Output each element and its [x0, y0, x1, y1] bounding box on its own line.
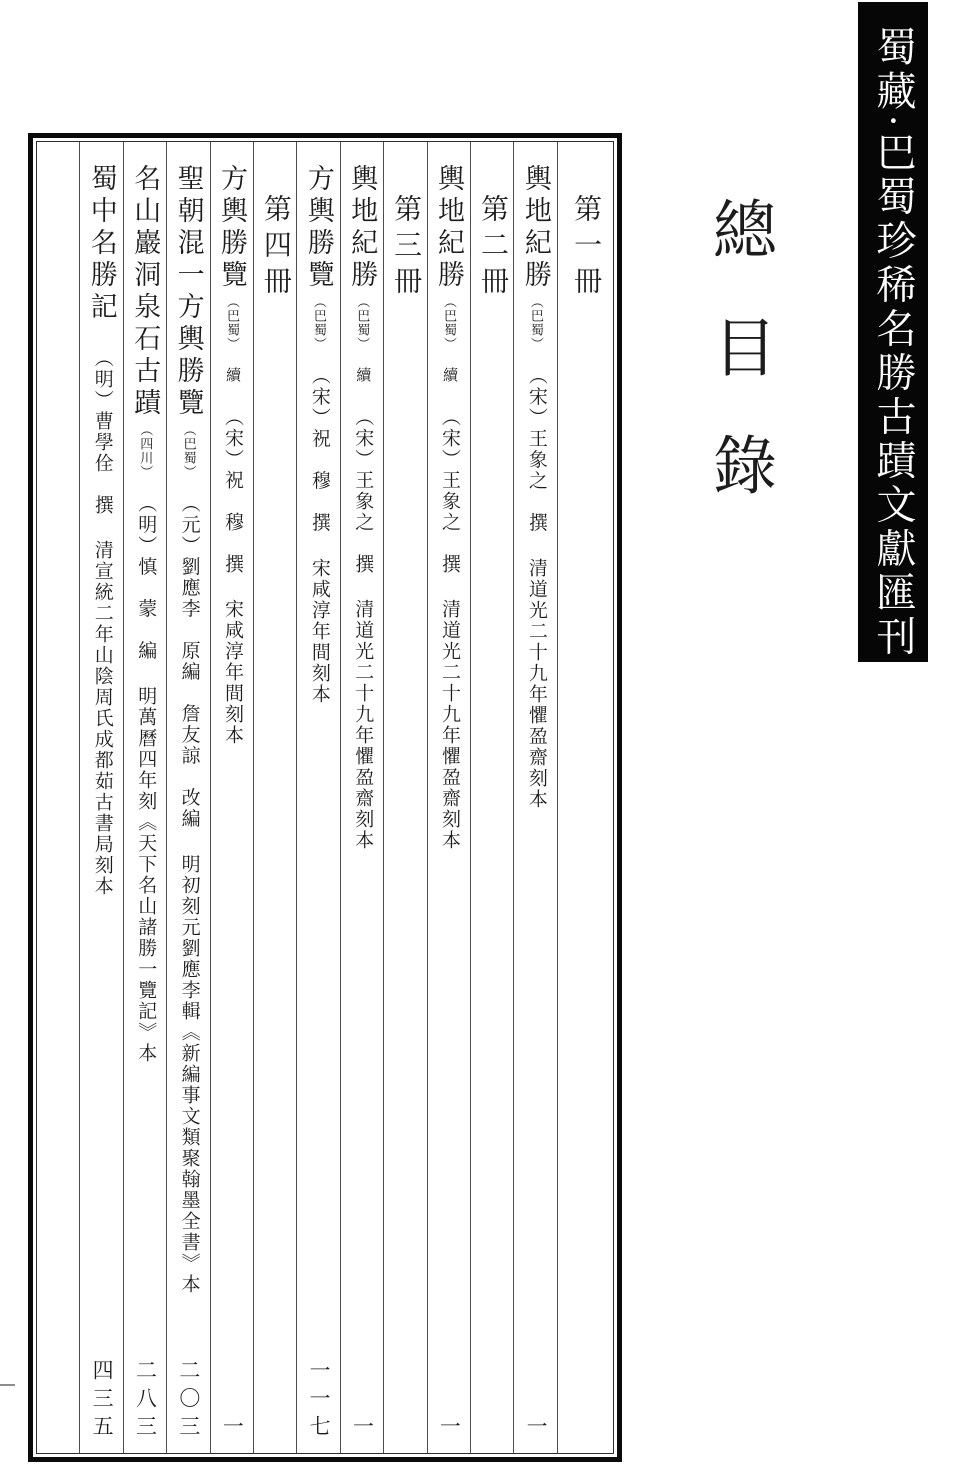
entry-region: （巴蜀）	[529, 295, 544, 351]
entry-text: 蜀中名勝記（明）曹學佺 撰清宣統二年山陰周氏成都茹古書局刻本	[87, 164, 115, 1453]
toc-empty-column	[37, 142, 79, 1453]
volume-label: 第一冊	[570, 194, 601, 302]
entry-page-number: 二〇三	[178, 1359, 199, 1443]
entry-author: （明）曹學佺 撰	[92, 348, 113, 516]
entry-page-number: 一	[438, 1415, 459, 1443]
entry-author: （宋）王象之 撰	[352, 407, 373, 575]
entry-region: （巴蜀）	[182, 423, 197, 479]
toc-columns: 第一冊 輿地紀勝（巴蜀）（宋）王象之 撰清道光二十九年懼盈齋刻本 一 第二冊 輿…	[36, 141, 614, 1454]
entry-page-number: 一	[221, 1415, 242, 1443]
entry-edition: 清道光二十九年懼盈齋刻本	[439, 599, 460, 851]
entry-edition: 宋咸淳年間刻本	[222, 599, 243, 746]
entry-edition: 清道光二十九年懼盈齋刻本	[526, 558, 547, 810]
entry-edition: 清宣統二年山陰周氏成都茹古書局刻本	[92, 540, 113, 897]
entry-region: （巴蜀）	[355, 295, 370, 351]
entry-region: （巴蜀）	[225, 295, 240, 351]
toc-entry: 蜀中名勝記（明）曹學佺 撰清宣統二年山陰周氏成都茹古書局刻本 四三五	[79, 142, 122, 1453]
entry-edition: 清道光二十九年懼盈齋刻本	[352, 599, 373, 851]
toc-entry: 名山巖洞泉石古蹟（四川）（明）慎 蒙 編明萬曆四年刻《天下名山諸勝一覽記》本 二…	[123, 142, 166, 1453]
toc-entry: 聖朝混一方輿勝覽（巴蜀）（元）劉應李 原編 詹友諒 改編明初刻元劉應李輯《新編事…	[166, 142, 209, 1453]
entry-title: 輿地紀勝	[434, 164, 464, 292]
toc-box: 第一冊 輿地紀勝（巴蜀）（宋）王象之 撰清道光二十九年懼盈齋刻本 一 第二冊 輿…	[28, 133, 622, 1462]
entry-edition: 明初刻元劉應李輯《新編事文類聚翰墨全書》本	[179, 854, 200, 1295]
toc-volume-header-4: 第四冊	[253, 142, 296, 1453]
entry-title: 方輿勝覽	[217, 164, 247, 292]
entry-author: （明）慎 蒙 編	[135, 503, 156, 662]
entry-author: （宋）祝 穆 撰	[309, 375, 330, 534]
entry-region: （巴蜀）	[442, 295, 457, 351]
entry-text: 輿地紀勝（巴蜀）續（宋）王象之 撰清道光二十九年懼盈齋刻本	[348, 164, 376, 1453]
entry-page-number: 二八三	[135, 1359, 156, 1443]
entry-page-number: 一一七	[308, 1359, 329, 1443]
entry-sequel: 續	[354, 367, 370, 383]
entry-text: 名山巖洞泉石古蹟（四川）（明）慎 蒙 編明萬曆四年刻《天下名山諸勝一覽記》本	[131, 164, 159, 1453]
entry-title: 名山巖洞泉石古蹟	[130, 164, 160, 420]
series-spine-banner: 蜀藏·巴蜀珍稀名勝古蹟文獻匯刊	[858, 2, 928, 662]
entry-sequel: 續	[224, 367, 240, 383]
toc-entry: 輿地紀勝（巴蜀）續（宋）王象之 撰清道光二十九年懼盈齋刻本 一	[427, 142, 470, 1453]
volume-label: 第三冊	[390, 194, 421, 302]
entry-title: 輿地紀勝	[347, 164, 377, 292]
toc-entry: 輿地紀勝（巴蜀）（宋）王象之 撰清道光二十九年懼盈齋刻本 一	[513, 142, 556, 1453]
toc-entry: 輿地紀勝（巴蜀）續（宋）王象之 撰清道光二十九年懼盈齋刻本 一	[340, 142, 383, 1453]
entry-edition: 宋咸淳年間刻本	[309, 558, 330, 705]
entry-author: （宋）王象之 撰	[526, 375, 547, 534]
toc-entry: 方輿勝覽（巴蜀）（宋）祝 穆 撰宋咸淳年間刻本 一一七	[296, 142, 339, 1453]
volume-label: 第二冊	[477, 194, 508, 302]
entry-title: 蜀中名勝記	[87, 164, 117, 324]
toc-volume-header-2: 第二冊	[470, 142, 513, 1453]
entry-region: （巴蜀）	[312, 295, 327, 351]
page-title: 總目錄	[700, 196, 778, 550]
entry-title: 輿地紀勝	[521, 164, 551, 292]
entry-edition: 明萬曆四年刻《天下名山諸勝一覽記》本	[135, 686, 156, 1064]
entry-sequel: 續	[441, 367, 457, 383]
page-edge-mark	[0, 1384, 15, 1386]
page-title-text: 總目錄	[707, 196, 771, 550]
series-title: 蜀藏·巴蜀珍稀名勝古蹟文獻匯刊	[873, 26, 913, 662]
entry-page-number: 一	[525, 1415, 546, 1443]
entry-text: 聖朝混一方輿勝覽（巴蜀）（元）劉應李 原編 詹友諒 改編明初刻元劉應李輯《新編事…	[174, 164, 202, 1453]
entry-page-number: 一	[352, 1415, 373, 1443]
entry-page-number: 四三五	[91, 1359, 112, 1443]
toc-volume-header-1: 第一冊	[557, 142, 613, 1453]
entry-author: （宋）祝 穆 撰	[222, 407, 243, 575]
toc-entry: 方輿勝覽（巴蜀）續（宋）祝 穆 撰宋咸淳年間刻本 一	[210, 142, 253, 1453]
entry-text: 方輿勝覽（巴蜀）（宋）祝 穆 撰宋咸淳年間刻本	[304, 164, 332, 1453]
entry-author: （元）劉應李 原編 詹友諒 改編	[179, 503, 200, 830]
entry-text: 輿地紀勝（巴蜀）（宋）王象之 撰清道光二十九年懼盈齋刻本	[522, 164, 550, 1453]
entry-title: 聖朝混一方輿勝覽	[174, 164, 204, 420]
entry-title: 方輿勝覽	[304, 164, 334, 292]
entry-region: （四川）	[138, 423, 153, 479]
entry-text: 輿地紀勝（巴蜀）續（宋）王象之 撰清道光二十九年懼盈齋刻本	[435, 164, 463, 1453]
entry-author: （宋）王象之 撰	[439, 407, 460, 575]
toc-volume-header-3: 第三冊	[383, 142, 426, 1453]
entry-text: 方輿勝覽（巴蜀）續（宋）祝 穆 撰宋咸淳年間刻本	[218, 164, 246, 1453]
volume-label: 第四冊	[260, 194, 291, 302]
